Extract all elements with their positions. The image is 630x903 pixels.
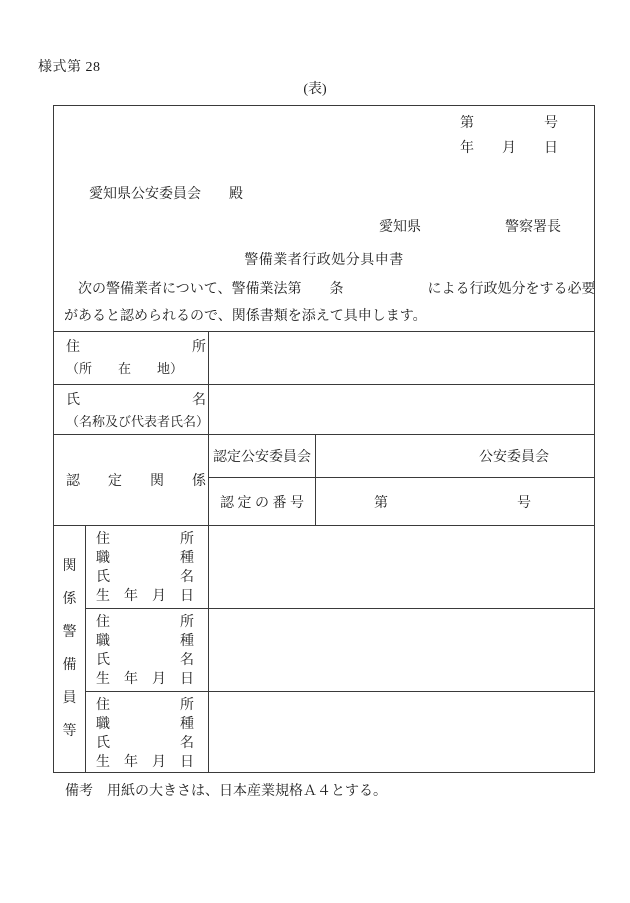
address-label-main: 住 所	[66, 340, 206, 355]
certification-label: 認 定 関 係	[54, 435, 209, 525]
date-line: 年 月 日	[54, 137, 594, 157]
form-page: 様式第 28 (表) 第 号 年 月 日 愛知県公安委員会 殿 愛知県 警察署長…	[0, 0, 630, 903]
guard-member-value-cell-3	[209, 692, 594, 773]
commission-suffix: 公安委員会	[479, 446, 549, 466]
name-label: 氏 名（名称及び代表者氏名）	[54, 385, 209, 434]
sender-line: 愛知県 警察署長	[54, 216, 594, 236]
certifying-commission-label: 認定公安委員会	[209, 435, 316, 477]
form-table: 住 所（所 在 地） 氏 名（名称及び代表者氏名） 認 定 関 係 認定公安委員…	[54, 331, 594, 773]
certification-number-label: 認 定 の 番 号	[209, 478, 316, 525]
addressee-line: 愛知県公安委員会 殿	[89, 183, 243, 203]
form-number-label: 様式第 28	[38, 56, 101, 76]
certifying-commission-row: 認定公安委員会 公安委員会	[209, 435, 594, 478]
address-label-sub: （所 在 地）	[66, 361, 183, 376]
guard-member-row-2: 住 所 職 種 氏 名 生 年 月 日	[86, 608, 594, 691]
related-guards-section: 関 係 警 備 員 等 住 所 職 種 氏 名 生 年 月 日 住 所 職 種 …	[54, 525, 594, 773]
certification-number-row: 認 定 の 番 号 第 号	[209, 478, 594, 525]
guard-member-value-cell-1	[209, 526, 594, 608]
guard-member-labels-2: 住 所 職 種 氏 名 生 年 月 日	[86, 609, 209, 691]
guard-member-rows: 住 所 職 種 氏 名 生 年 月 日 住 所 職 種 氏 名 生 年 月 日 …	[86, 526, 594, 773]
address-row: 住 所（所 在 地）	[54, 332, 594, 384]
side-label: (表)	[0, 78, 630, 98]
name-label-sub: （名称及び代表者氏名）	[66, 414, 209, 429]
guard-member-labels-1: 住 所 職 種 氏 名 生 年 月 日	[86, 526, 209, 608]
name-label-main: 氏 名	[66, 393, 206, 408]
certification-row: 認 定 関 係 認定公安委員会 公安委員会 認 定 の 番 号 第 号	[54, 434, 594, 525]
guard-member-row-1: 住 所 職 種 氏 名 生 年 月 日	[86, 526, 594, 608]
certifying-commission-value-cell: 公安委員会	[316, 435, 594, 477]
guard-member-value-cell-2	[209, 609, 594, 691]
body-paragraph: 次の警備業者について、警備業法第 条 による行政処分をする必要 があると認められ…	[64, 276, 595, 330]
guard-member-labels-3: 住 所 職 種 氏 名 生 年 月 日	[86, 692, 209, 773]
form-border-box: 第 号 年 月 日 愛知県公安委員会 殿 愛知県 警察署長 警備業者行政処分具申…	[53, 105, 595, 773]
address-value-cell	[209, 332, 594, 384]
certification-number-suffix: 号	[517, 492, 531, 512]
doc-number-line: 第 号	[54, 112, 594, 132]
guard-member-row-3: 住 所 職 種 氏 名 生 年 月 日	[86, 691, 594, 773]
related-guards-vertical-label: 関 係 警 備 員 等	[54, 526, 86, 773]
document-title: 警備業者行政処分具申書	[54, 249, 594, 269]
name-value-cell	[209, 385, 594, 434]
remarks-note: 備考 用紙の大きさは、日本産業規格Ａ４とする。	[65, 780, 387, 800]
certification-number-prefix: 第	[374, 492, 388, 512]
name-row: 氏 名（名称及び代表者氏名）	[54, 384, 594, 434]
certification-number-value-cell: 第 号	[316, 478, 594, 525]
address-label: 住 所（所 在 地）	[54, 332, 209, 384]
certification-subtable: 認定公安委員会 公安委員会 認 定 の 番 号 第 号	[209, 435, 594, 525]
